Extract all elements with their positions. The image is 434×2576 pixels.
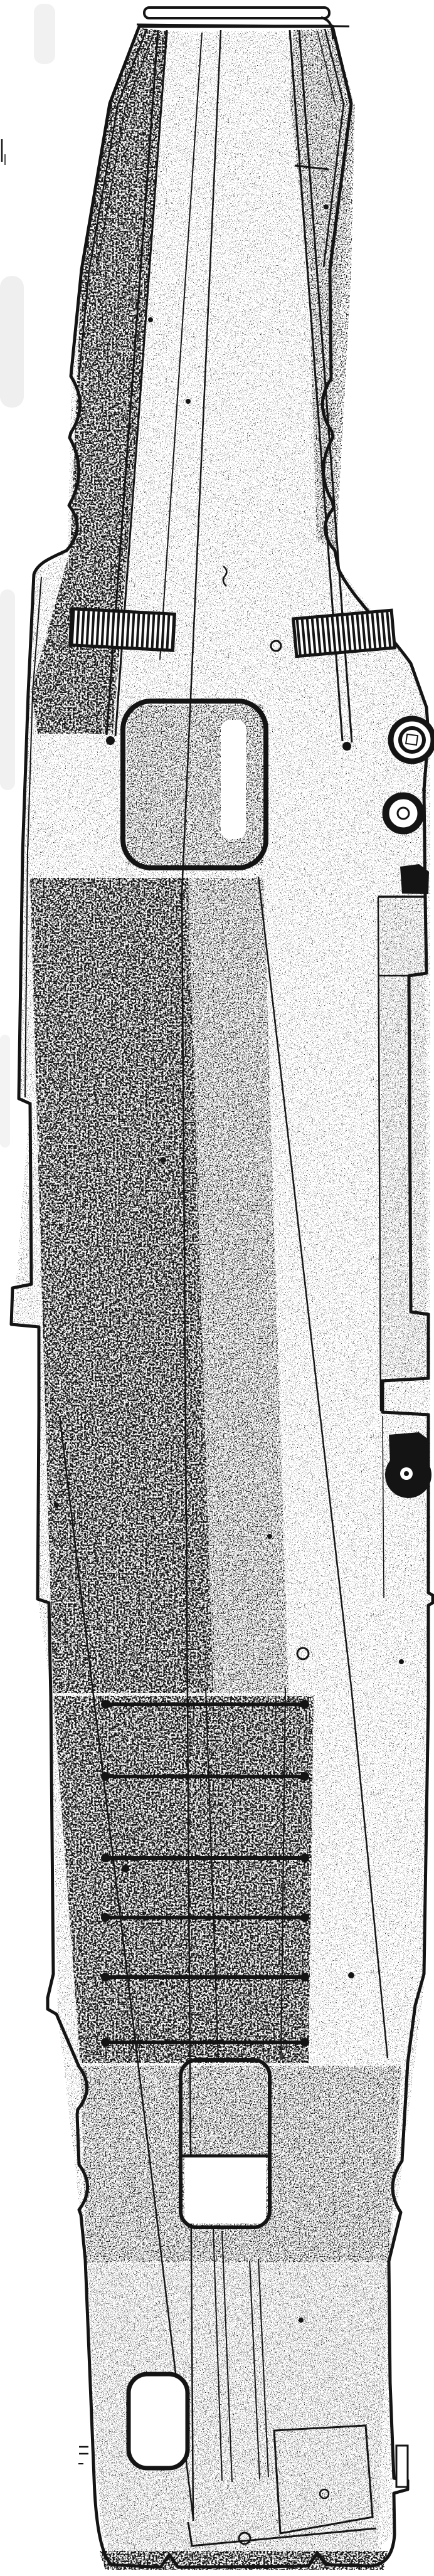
stern-edge-sponson: [396, 2446, 408, 2487]
arresting-wire-end: [101, 2038, 110, 2047]
scan-noise-band: [380, 898, 427, 1377]
arresting-wire-end: [300, 1772, 309, 1781]
drawing-root: [0, 4, 433, 2570]
stack-structure-dot: [404, 1471, 409, 1476]
aft-elevator-clean-area: [184, 2157, 266, 2224]
flight-deck-plan-drawing: [0, 0, 434, 2576]
gun-mount-core: [406, 734, 418, 745]
catapult-crossbar: [294, 610, 395, 656]
arresting-wire-end: [300, 1913, 309, 1922]
gun-mount-core: [398, 808, 409, 819]
margin-blotch: [0, 276, 24, 408]
scan-noise-band: [99, 2551, 388, 2570]
arresting-wire-end: [300, 2038, 309, 2047]
arresting-wire-end: [101, 1854, 110, 1862]
stern-hatch-outline: [129, 2374, 188, 2468]
scanned-page: [0, 0, 434, 2576]
catapult-crossbar: [70, 609, 175, 651]
margin-blotch: [34, 4, 55, 64]
arresting-wire-end: [300, 1973, 309, 1982]
bow-tip-band: [144, 8, 329, 18]
margin-blotch: [0, 589, 15, 790]
arresting-wire-end: [101, 1913, 110, 1922]
scan-whiteout: [221, 720, 246, 839]
arresting-wire-end: [300, 1700, 309, 1709]
arresting-wire-end: [300, 1854, 309, 1862]
arresting-wire-end: [101, 1700, 110, 1709]
arresting-wire-end: [101, 1973, 110, 1982]
margin-blotch: [0, 1035, 10, 1148]
island-structure-blob: [400, 864, 429, 894]
arresting-wire-end: [101, 1772, 110, 1781]
